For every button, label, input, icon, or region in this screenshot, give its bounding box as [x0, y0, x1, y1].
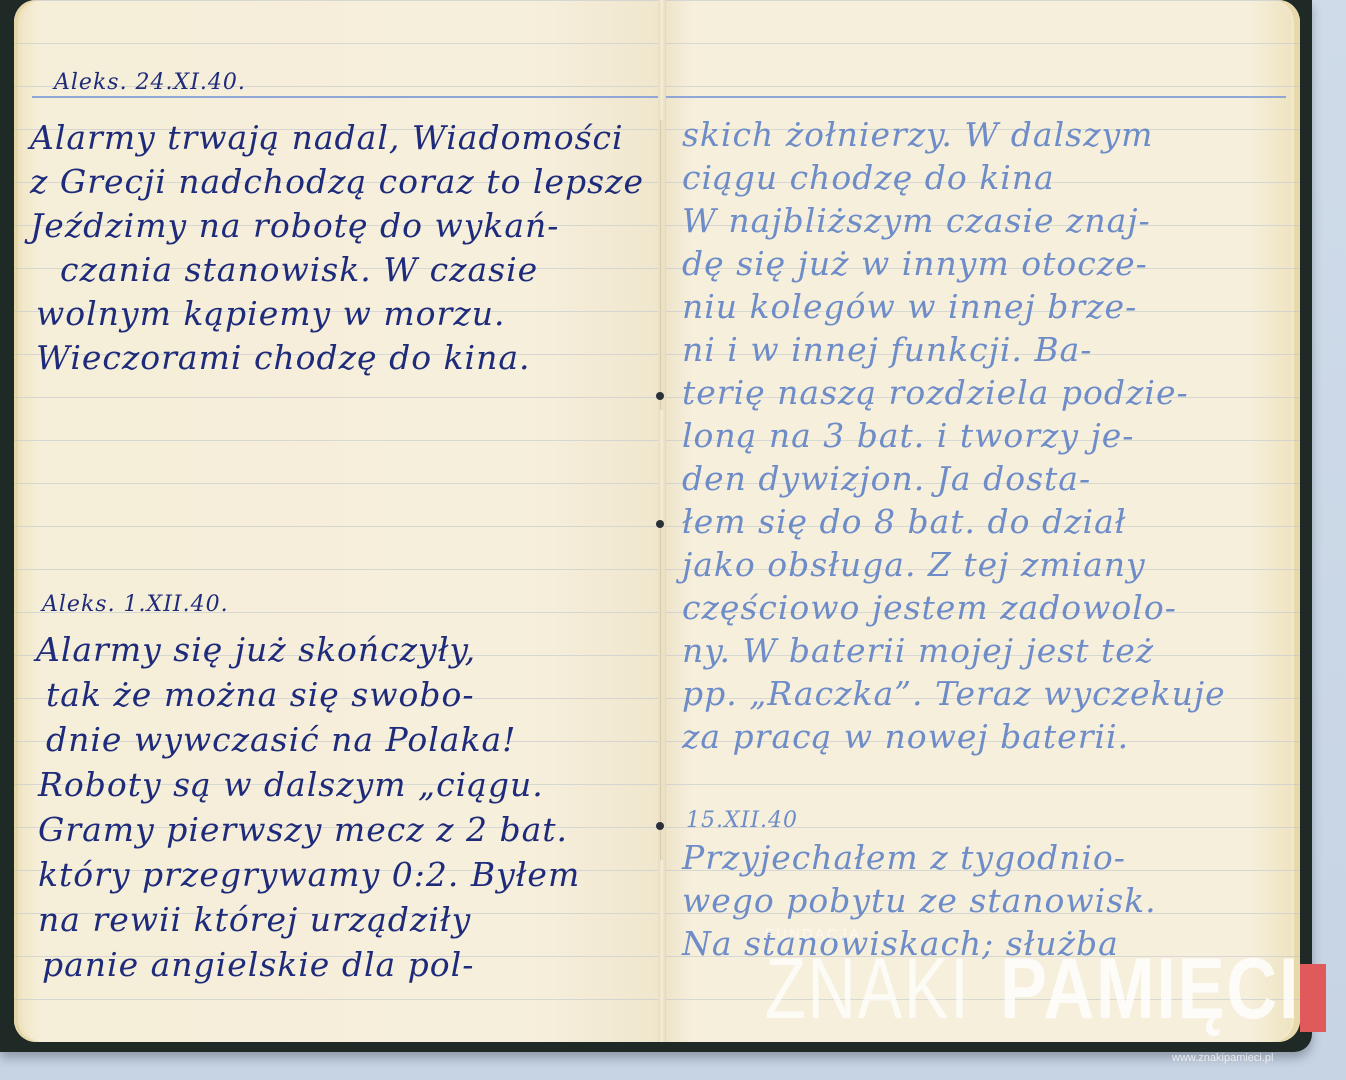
diary-line: terię naszą rozdziela podzie-	[682, 373, 1189, 412]
diary-line: jako obsługa. Z tej zmiany	[682, 545, 1146, 584]
binding-thread	[660, 520, 664, 860]
diary-line: niu kolegów w innej brze-	[682, 287, 1137, 326]
diary-line: Roboty są w dalszym „ciągu.	[38, 765, 544, 804]
header-rule	[32, 96, 662, 98]
binding-knot-icon	[656, 822, 664, 830]
diary-line: Jeździmy na robotę do wykań-	[30, 206, 559, 245]
diary-line: loną na 3 bat. i tworzy je-	[682, 416, 1134, 455]
diary-line: ciągu chodzę do kina	[682, 158, 1055, 197]
binding-knot-icon	[656, 392, 664, 400]
diary-line: częściowo jestem zadowolo-	[682, 588, 1177, 627]
diary-line: Gramy pierwszy mecz z 2 bat.	[38, 810, 568, 849]
diary-line: tak że można się swobo-	[46, 675, 475, 714]
diary-line: Wieczorami chodzę do kina.	[36, 338, 531, 377]
header-rule	[662, 96, 1286, 98]
diary-line: wolnym kąpiemy w morzu.	[36, 294, 505, 333]
watermark: FUNDACJA ZNAKI PAMIĘCI	[765, 940, 1028, 1039]
diary-line: W najbliższym czasie znaj-	[682, 201, 1151, 240]
diary-line: z Grecji nadchodzą coraz to lepsze	[30, 162, 644, 201]
diary-line: dnie wywczasić na Polaka!	[46, 720, 516, 759]
watermark-url: www.znakipamieci.pl	[1172, 1052, 1273, 1064]
entry-date: Aleks. 1.XII.40.	[42, 592, 229, 617]
diary-line: panie angielskie dla pol-	[42, 945, 474, 984]
diary-line: den dywizjon. Ja dosta-	[682, 459, 1091, 498]
diary-line: Przyjechałem z tygodnio-	[682, 838, 1126, 877]
diary-line: czania stanowisk. W czasie	[60, 250, 538, 289]
diary-line: skich żołnierzy. W dalszym	[682, 115, 1153, 154]
diary-line: dę się już w innym otocze-	[682, 244, 1148, 283]
diary-line: pp. „Raczka”. Teraz wyczekuje	[682, 674, 1226, 713]
diary-line: który przegrywamy 0:2. Byłem	[38, 855, 580, 894]
entry-date: Aleks. 24.XI.40.	[54, 70, 246, 95]
watermark-red-bar	[1300, 964, 1326, 1032]
binding-knot-icon	[656, 520, 664, 528]
watermark-word-znaki: ZNAKI	[765, 940, 970, 1039]
diary-line: łem się do 8 bat. do dział	[682, 502, 1126, 541]
diary-line: za pracą w nowej baterii.	[682, 717, 1129, 756]
watermark-word-pamieci: PAMIĘCI	[1000, 940, 1300, 1039]
diary-line: Alarmy trwają nadal, Wiadomości	[30, 118, 624, 157]
diary-line: Alarmy się już skończyły,	[36, 630, 476, 669]
binding-thread	[660, 120, 664, 410]
diary-line: wego pobytu ze stanowisk.	[682, 881, 1157, 920]
scanned-notebook: Aleks. 24.XI.40. Alarmy trwają nadal, Wi…	[0, 0, 1346, 1080]
diary-line: na rewii której urządziły	[38, 900, 471, 939]
entry-date: 15.XII.40	[686, 808, 798, 833]
diary-line: ni i w innej funkcji. Ba-	[682, 330, 1092, 369]
diary-line: ny. W baterii mojej jest też	[682, 631, 1154, 670]
